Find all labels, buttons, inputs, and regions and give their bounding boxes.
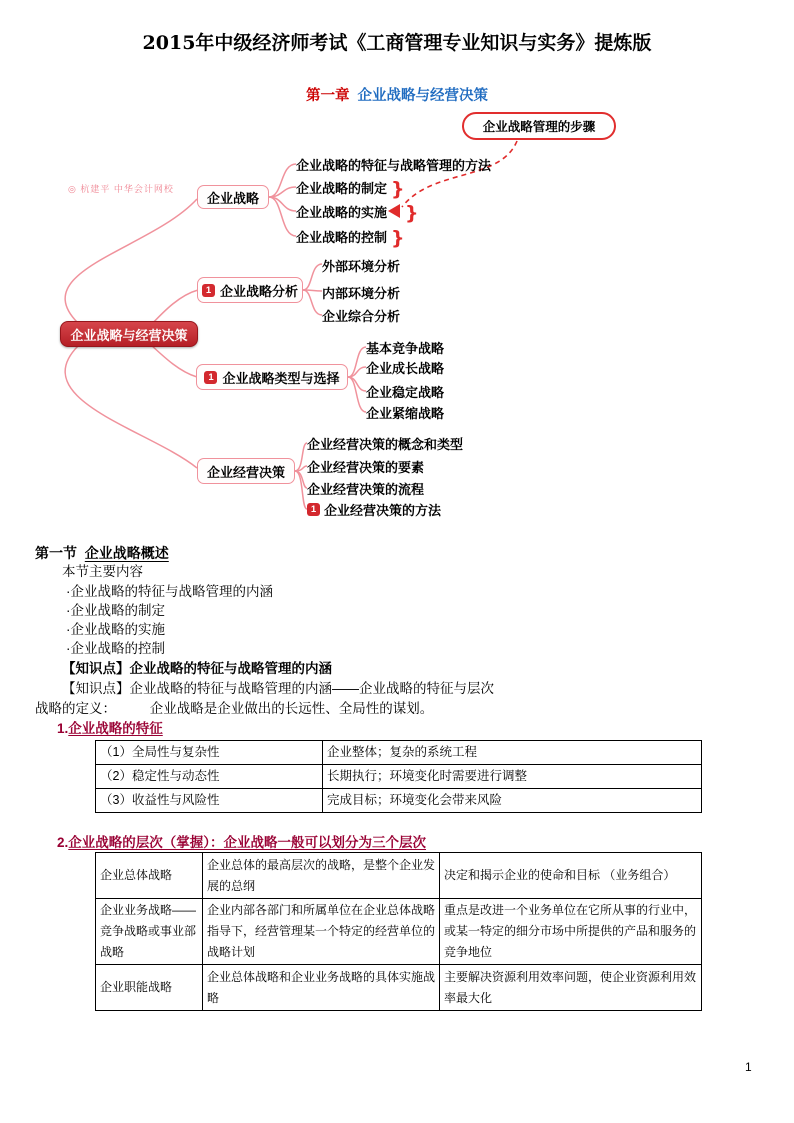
bullet-item: ·企业战略的控制 [66, 637, 165, 657]
mindmap-connector-lines [0, 0, 794, 560]
section-title: 企业战略概述 [85, 545, 169, 561]
table-row: 企业总体战略 企业总体的最高层次的战略，是整个企业发展的总纲 决定和揭示企业的使… [96, 853, 702, 899]
brace-mark: } [391, 178, 405, 200]
table-cell: （3）收益性与风险性 [96, 789, 323, 813]
heading-text: 企业战略的特征 [68, 721, 163, 736]
knowledge-point-heading: 【知识点】企业战略的特征与战略管理的内涵 [62, 657, 332, 677]
mindmap-topic: 企业战略的特征与战略管理的方法 [296, 156, 491, 172]
topic-label: 企业战略的控制 [296, 227, 387, 246]
priority-badge: 1 [204, 371, 217, 384]
table-cell: 企业总体战略 [96, 853, 203, 899]
table-cell: 企业内部各部门和所属单位在企业总体战略指导下，经营管理某一个特定的经营单位的战略… [203, 899, 440, 965]
branch-label: 企业战略 [207, 188, 259, 207]
branch-label: 企业经营决策 [207, 462, 285, 481]
brace-mark: } [405, 202, 419, 224]
topic-label: 企业经营决策的概念和类型 [307, 434, 463, 453]
mindmap-topic: 外部环境分析 [322, 257, 400, 273]
mindmap-topic: 内部环境分析 [322, 284, 400, 300]
table-row: （1）全局性与复杂性 企业整体；复杂的系统工程 [96, 741, 702, 765]
topic-label: 企业综合分析 [322, 306, 400, 325]
mindmap-topic: 基本竞争战略 [366, 339, 444, 355]
topic-label: 内部环境分析 [322, 283, 400, 302]
table-cell: （1）全局性与复杂性 [96, 741, 323, 765]
table-cell: 决定和揭示企业的使命和目标 （业务组合） [440, 853, 702, 899]
heading-number: 2. [57, 835, 68, 850]
mindmap-topic: 企业战略的制定} [296, 179, 405, 195]
branch-label: 企业战略分析 [220, 281, 298, 300]
mindmap-callout-node: 企业战略管理的步骤 [462, 112, 616, 140]
mindmap-center-node: 企业战略与经营决策 [60, 321, 198, 347]
mindmap-topic: 企业经营决策的要素 [307, 458, 424, 474]
table-cell: 企业总体战略和企业业务战略的具体实施战略 [203, 965, 440, 1011]
table-row: （3）收益性与风险性 完成目标；环境变化会带来风险 [96, 789, 702, 813]
table-cell: 重点是改进一个业务单位在它所从事的行业中，或某一特定的细分市场中所提供的产品和服… [440, 899, 702, 965]
mindmap-topic: 企业战略的控制} [296, 228, 405, 244]
mindmap-topic: 企业成长战略 [366, 359, 444, 375]
priority-badge: 1 [307, 503, 320, 516]
table-cell: 主要解决资源利用效率问题，使企业资源利用效率最大化 [440, 965, 702, 1011]
definition-line: 战略的定义： 企业战略是企业做出的长远性、全局性的谋划。 [35, 697, 433, 717]
section-number: 第一节 [35, 545, 77, 561]
bullet-item: ·企业战略的制定 [66, 599, 165, 619]
table-cell: （2）稳定性与动态性 [96, 765, 323, 789]
mindmap-topic: 企业战略的实施} [296, 203, 419, 219]
features-table: （1）全局性与复杂性 企业整体；复杂的系统工程 （2）稳定性与动态性 长期执行；… [95, 740, 702, 813]
topic-label: 外部环境分析 [322, 256, 400, 275]
table-cell: 企业整体；复杂的系统工程 [323, 741, 702, 765]
mindmap-topic: 1企业经营决策的方法 [307, 501, 441, 517]
mindmap-topic: 企业经营决策的流程 [307, 480, 424, 496]
priority-badge: 1 [202, 284, 215, 297]
bullet-item: ·企业战略的实施 [66, 618, 165, 638]
section-gap [77, 545, 85, 561]
brace-mark: } [391, 227, 405, 249]
topic-label: 企业紧缩战略 [366, 403, 444, 422]
topic-label: 企业战略的制定 [296, 178, 387, 197]
topic-label: 基本竞争战略 [366, 338, 444, 357]
branch-label: 企业战略类型与选择 [222, 368, 339, 387]
section-intro: 本节主要内容 [62, 560, 143, 580]
bullet-item: ·企业战略的特征与战略管理的内涵 [66, 580, 273, 600]
document-page: 2015年中级经济师考试《工商管理专业知识与实务》提炼版 第一章 企业战略与经营… [0, 0, 794, 1123]
topic-label: 企业经营决策的要素 [307, 457, 424, 476]
topic-label: 企业经营决策的方法 [324, 500, 441, 519]
levels-heading: 2.企业战略的层次（掌握）：企业战略一般可以划分为三个层次 [57, 831, 426, 851]
knowledge-point-subheading: 【知识点】企业战略的特征与战略管理的内涵——企业战略的特征与层次 [62, 677, 494, 697]
topic-label: 企业战略的特征与战略管理的方法 [296, 155, 491, 174]
heading-text: 企业战略的层次（掌握）：企业战略一般可以划分为三个层次 [68, 835, 426, 850]
mindmap-topic: 企业经营决策的概念和类型 [307, 435, 463, 451]
table-row: 企业业务战略——竞争战略或事业部战略 企业内部各部门和所属单位在企业总体战略指导… [96, 899, 702, 965]
topic-label: 企业稳定战略 [366, 382, 444, 401]
topic-label: 企业成长战略 [366, 358, 444, 377]
table-cell: 完成目标；环境变化会带来风险 [323, 789, 702, 813]
features-heading: 1.企业战略的特征 [57, 717, 163, 737]
mindmap-topic: 企业紧缩战略 [366, 404, 444, 420]
mindmap-branch-types: 1企业战略类型与选择 [196, 364, 348, 390]
mindmap-branch-analysis: 1企业战略分析 [197, 277, 303, 303]
table-cell: 长期执行；环境变化时需要进行调整 [323, 765, 702, 789]
mindmap-branch-decision: 企业经营决策 [197, 458, 295, 484]
levels-table: 企业总体战略 企业总体的最高层次的战略，是整个企业发展的总纲 决定和揭示企业的使… [95, 852, 702, 1011]
table-cell: 企业业务战略——竞争战略或事业部战略 [96, 899, 203, 965]
heading-number: 1. [57, 721, 68, 736]
topic-label: 企业经营决策的流程 [307, 479, 424, 498]
mindmap-topic: 企业稳定战略 [366, 383, 444, 399]
table-cell: 企业职能战略 [96, 965, 203, 1011]
table-cell: 企业总体的最高层次的战略，是整个企业发展的总纲 [203, 853, 440, 899]
mindmap-topic: 企业综合分析 [322, 307, 400, 323]
table-row: 企业职能战略 企业总体战略和企业业务战略的具体实施战略 主要解决资源利用效率问题… [96, 965, 702, 1011]
page-number: 1 [745, 1060, 752, 1074]
topic-label: 企业战略的实施 [296, 202, 387, 221]
table-row: （2）稳定性与动态性 长期执行；环境变化时需要进行调整 [96, 765, 702, 789]
watermark: ◎ 杭建平 中华会计网校 [68, 182, 174, 195]
mindmap-branch-strategy: 企业战略 [197, 185, 269, 209]
